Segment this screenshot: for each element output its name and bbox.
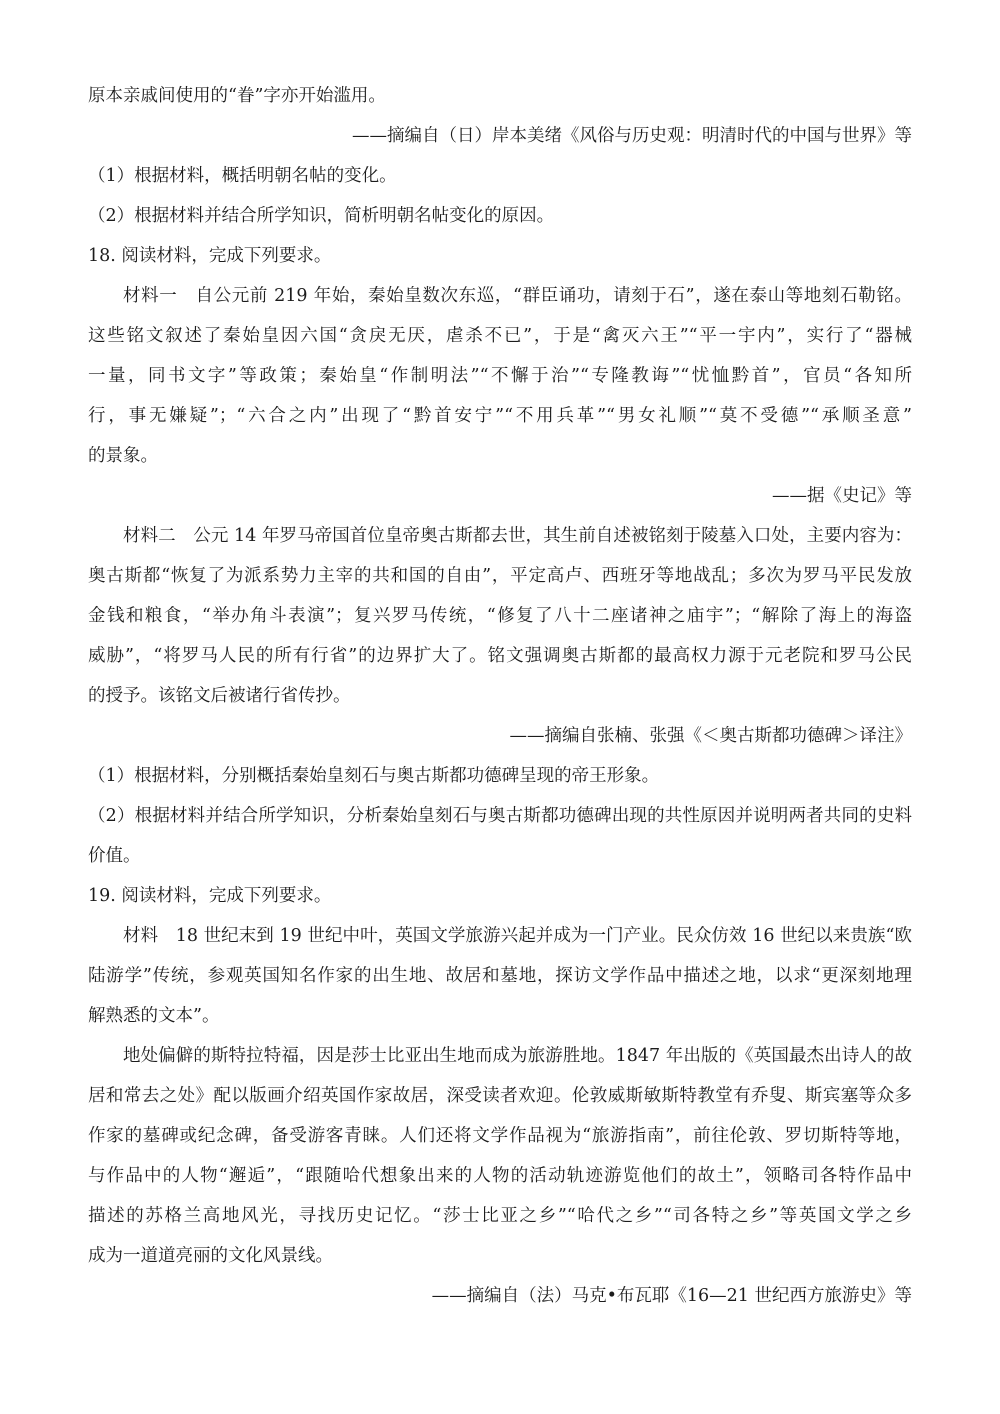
q19-material-para-1-line: 解熟悉的文本”。	[88, 996, 912, 1036]
q18-sub-question-1: （1）根据材料，分别概括秦始皇刻石与奥古斯都功德碑呈现的帝王形象。	[88, 756, 912, 796]
q18-material-1-line: 一量，同书文字”等政策；秦始皇“作制明法”“不懈于治”“专隆教诲”“忧恤黔首”，…	[88, 356, 912, 396]
q19-source-citation: ——摘编自（法）马克•布瓦耶《16—21 世纪西方旅游史》等	[88, 1276, 912, 1316]
q18-material-2-line: 威胁”，“将罗马人民的所有行省”的边界扩大了。铭文强调奥古斯都的最高权力源于元老…	[88, 636, 912, 676]
q18-material-2-line: 的授予。该铭文后被诸行省传抄。	[88, 676, 912, 716]
q18-material-1-line: 行，事无嫌疑”；“六合之内”出现了“黔首安宁”“不用兵革”“男女礼顺”“莫不受德…	[88, 396, 912, 436]
q18-material-2-line: 奥古斯都“恢复了为派系势力主宰的共和国的自由”，平定高卢、西班牙等地战乱；多次为…	[88, 556, 912, 596]
q18-source-citation-2: ——摘编自张楠、张强《＜奥古斯都功德碑＞译注》	[88, 716, 912, 756]
q18-material-1-line: 材料一 自公元前 219 年始，秦始皇数次东巡，“群臣诵功，请刻于石”，遂在泰山…	[88, 276, 912, 316]
q17-material-tail-line: 原本亲戚间使用的“眷”字亦开始滥用。	[88, 76, 912, 116]
q19-material-para-1-line: 材料 18 世纪末到 19 世纪中叶，英国文学旅游兴起并成为一门产业。民众仿效 …	[88, 916, 912, 956]
exam-document-page: 原本亲戚间使用的“眷”字亦开始滥用。 ——摘编自（日）岸本美绪《风俗与历史观：明…	[0, 0, 1000, 1414]
q18-material-2-line: 金钱和粮食，“举办角斗表演”；复兴罗马传统，“修复了八十二座诸神之庙宇”；“解除…	[88, 596, 912, 636]
q19-material-para-2-line: 居和常去之处》配以版画介绍英国作家故居，深受读者欢迎。伦敦威斯敏斯特教堂有乔叟、…	[88, 1076, 912, 1116]
q19-material-para-2-line: 成为一道道亮丽的文化风景线。	[88, 1236, 912, 1276]
q19-material-para-2-line: 描述的苏格兰高地风光，寻找历史记忆。“莎士比亚之乡”“哈代之乡”“司各特之乡”等…	[88, 1196, 912, 1236]
q17-sub-question-1: （1）根据材料，概括明朝名帖的变化。	[88, 156, 912, 196]
q18-source-citation-1: ——据《史记》等	[88, 476, 912, 516]
q19-material-para-2-line: 与作品中的人物“邂逅”，“跟随哈代想象出来的人物的活动轨迹游览他们的故土”，领略…	[88, 1156, 912, 1196]
q19-header: 19. 阅读材料，完成下列要求。	[88, 876, 912, 916]
q19-material-para-1-line: 陆游学”传统，参观英国知名作家的出生地、故居和墓地，探访文学作品中描述之地，以求…	[88, 956, 912, 996]
q17-source-citation: ——摘编自（日）岸本美绪《风俗与历史观：明清时代的中国与世界》等	[88, 116, 912, 156]
q18-material-1-line: 这些铭文叙述了秦始皇因六国“贪戾无厌，虐杀不已”，于是“禽灭六王”“平一宇内”，…	[88, 316, 912, 356]
q18-material-2-line: 材料二 公元 14 年罗马帝国首位皇帝奥古斯都去世，其生前自述被铭刻于陵墓入口处…	[88, 516, 912, 556]
q18-material-1-line: 的景象。	[88, 436, 912, 476]
q18-sub-question-2-continuation: 价值。	[88, 836, 912, 876]
q17-sub-question-2: （2）根据材料并结合所学知识，简析明朝名帖变化的原因。	[88, 196, 912, 236]
q18-sub-question-2: （2）根据材料并结合所学知识，分析秦始皇刻石与奥古斯都功德碑出现的共性原因并说明…	[88, 796, 912, 836]
q19-material-para-2-line: 地处偏僻的斯特拉特福，因是莎士比亚出生地而成为旅游胜地。1847 年出版的《英国…	[88, 1036, 912, 1076]
q18-header: 18. 阅读材料，完成下列要求。	[88, 236, 912, 276]
q19-material-para-2-line: 作家的墓碑或纪念碑，备受游客青睐。人们还将文学作品视为“旅游指南”，前往伦敦、罗…	[88, 1116, 912, 1156]
